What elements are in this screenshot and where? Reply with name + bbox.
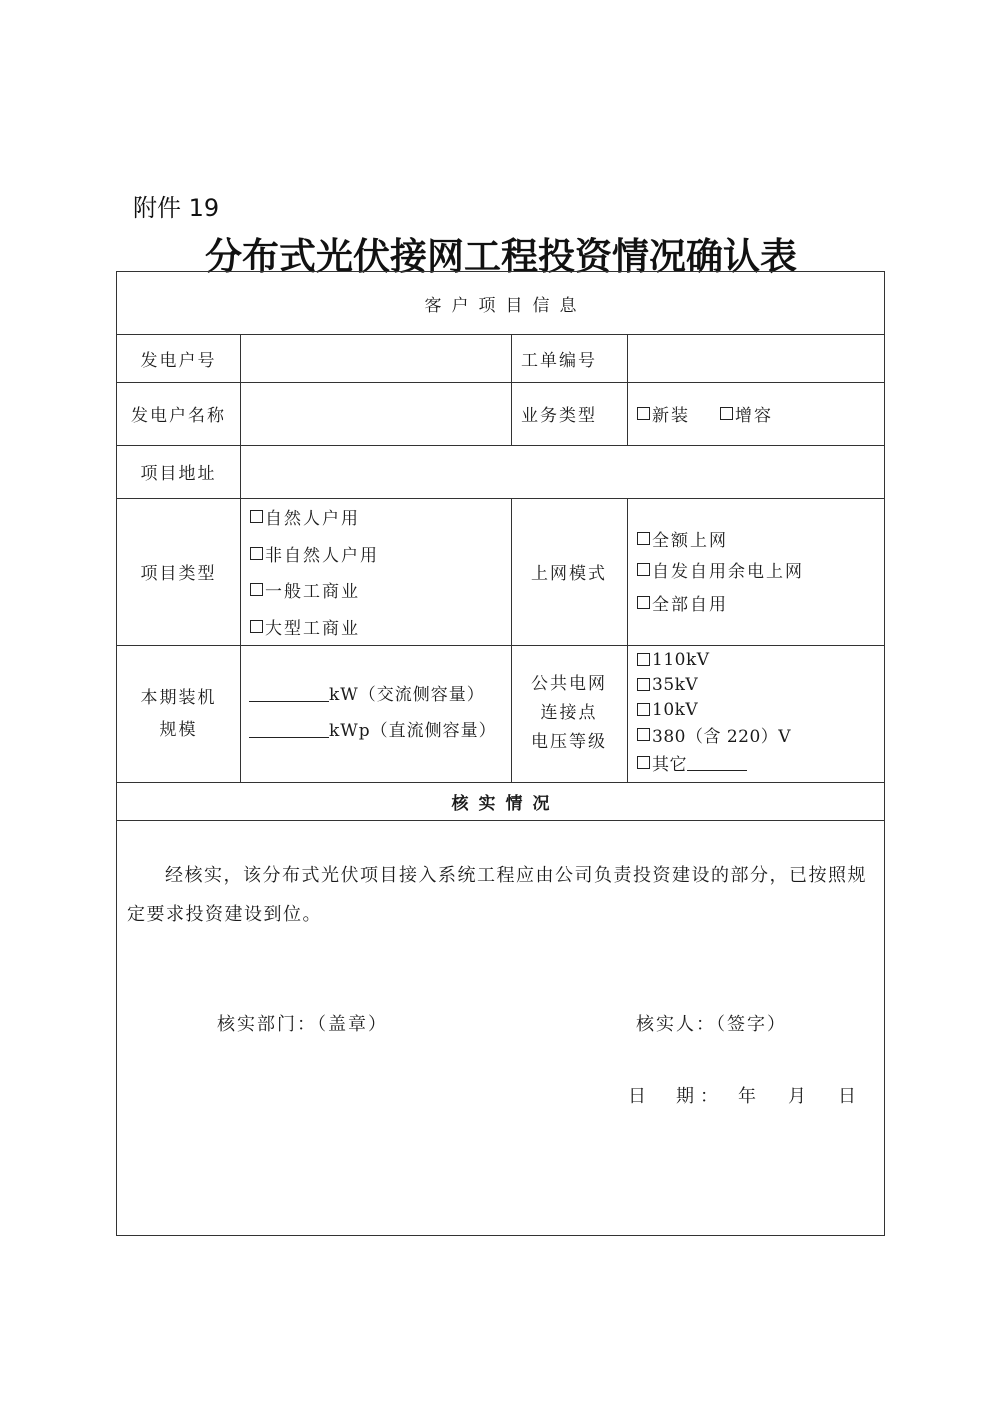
grid-mode-label: 上网模式 xyxy=(511,498,627,645)
attachment-number: 附件 19 xyxy=(133,188,219,223)
project-type-general-commercial[interactable]: 一般工商业 xyxy=(250,572,360,609)
business-type-options: 新装 增容 xyxy=(627,382,884,445)
verification-statement: 经核实，该分布式光伏项目接入系统工程应由公司负责投资建设的部分，已按照规定要求投… xyxy=(127,856,874,934)
date-month: 月 xyxy=(788,1082,838,1108)
generator-account-field[interactable] xyxy=(240,334,511,382)
generator-name-label: 发电户名称 xyxy=(117,382,240,445)
business-type-label: 业务类型 xyxy=(511,382,627,445)
department-stamp-label: 核实部门：（盖章） xyxy=(217,1010,388,1036)
checkbox-icon[interactable] xyxy=(250,583,263,596)
date-day: 日 xyxy=(838,1082,858,1108)
checkbox-icon[interactable] xyxy=(637,728,650,741)
checkbox-icon[interactable] xyxy=(637,703,650,716)
capacity-ac-input[interactable] xyxy=(249,684,329,702)
checkbox-icon[interactable] xyxy=(637,678,650,691)
voltage-other-input[interactable] xyxy=(687,753,747,771)
project-address-field[interactable] xyxy=(240,445,884,498)
capacity-label: 本期装机 规模 xyxy=(117,645,240,782)
project-type-label: 项目类型 xyxy=(117,498,240,645)
capacity-dc-field[interactable]: kWp（直流侧容量） xyxy=(249,711,497,747)
voltage-options: 110kV 35kV 10kV 380（含 220）V 其它 xyxy=(627,645,884,782)
date-row: 日 期： 年 月 日 xyxy=(628,1082,858,1108)
checkbox-icon[interactable] xyxy=(637,653,650,666)
verification-section-heading: 核实情况 xyxy=(117,782,884,820)
verification-body: 经核实，该分布式光伏项目接入系统工程应由公司负责投资建设的部分，已按照规定要求投… xyxy=(117,820,884,1237)
capacity-ac-field[interactable]: kW（交流侧容量） xyxy=(249,675,485,711)
voltage-380v[interactable]: 380（含 220）V xyxy=(637,722,791,747)
project-address-label: 项目地址 xyxy=(117,445,240,498)
voltage-110kv[interactable]: 110kV xyxy=(637,647,710,672)
checkbox-icon[interactable] xyxy=(250,510,263,523)
checkbox-icon[interactable] xyxy=(637,407,650,420)
project-type-options: 自然人户用 非自然人户用 一般工商业 大型工商业 xyxy=(240,498,511,645)
grid-mode-surplus[interactable]: 自发自用余电上网 xyxy=(637,554,804,585)
generator-name-field[interactable] xyxy=(240,382,511,445)
checkbox-icon[interactable] xyxy=(720,407,733,420)
capacity-fields: kW（交流侧容量） kWp（直流侧容量） xyxy=(240,645,511,782)
work-order-label: 工单编号 xyxy=(511,334,627,382)
project-type-individual[interactable]: 自然人户用 xyxy=(250,498,360,535)
verifier-signature-label: 核实人：（签字） xyxy=(636,1010,787,1036)
capacity-dc-input[interactable] xyxy=(249,720,329,738)
voltage-other[interactable]: 其它 xyxy=(637,747,747,777)
checkbox-icon[interactable] xyxy=(637,596,650,609)
business-type-new[interactable]: 新装 xyxy=(637,401,690,426)
checkbox-icon[interactable] xyxy=(637,563,650,576)
voltage-10kv[interactable]: 10kV xyxy=(637,697,698,722)
business-type-expand[interactable]: 增容 xyxy=(720,401,773,426)
grid-mode-options: 全额上网 自发自用余电上网 全部自用 xyxy=(627,498,884,645)
generator-account-label: 发电户号 xyxy=(117,334,240,382)
work-order-field[interactable] xyxy=(627,334,884,382)
date-label: 日 期： xyxy=(628,1082,738,1108)
date-year: 年 xyxy=(738,1082,788,1108)
voltage-35kv[interactable]: 35kV xyxy=(637,672,698,697)
voltage-label: 公共电网 连接点 电压等级 xyxy=(511,645,627,782)
grid-mode-self-use[interactable]: 全部自用 xyxy=(637,585,728,619)
grid-mode-full[interactable]: 全额上网 xyxy=(637,523,728,554)
checkbox-icon[interactable] xyxy=(637,532,650,545)
confirmation-table: 客户项目信息 发电户号 工单编号 发电户名称 业务类型 新装 增容 项目地址 项… xyxy=(116,271,885,1236)
checkbox-icon[interactable] xyxy=(250,547,263,560)
checkbox-icon[interactable] xyxy=(637,756,650,769)
project-type-non-individual[interactable]: 非自然人户用 xyxy=(250,535,379,572)
project-type-large-commercial[interactable]: 大型工商业 xyxy=(250,608,360,645)
customer-section-heading: 客户项目信息 xyxy=(117,272,884,334)
checkbox-icon[interactable] xyxy=(250,620,263,633)
